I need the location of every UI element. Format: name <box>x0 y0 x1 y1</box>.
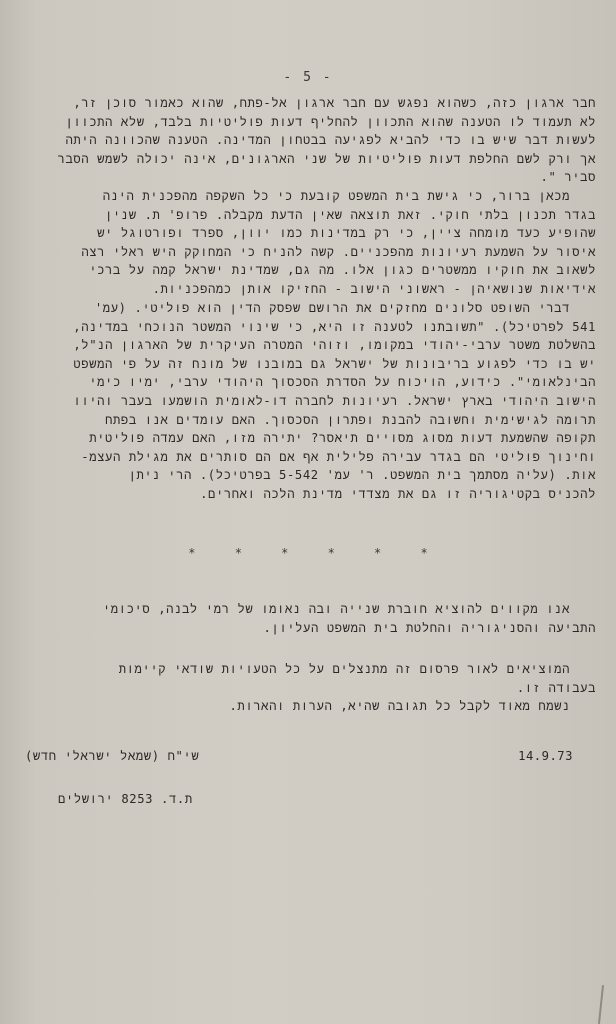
text-line: סביר ". <box>24 168 596 187</box>
text-line: לשאוב את חוקיו ממשטרים כגון אלו. מה גם, … <box>24 261 596 280</box>
text-line: תרומה לגישימית וחשובה להבנת ופתרון הסכסו… <box>24 411 596 430</box>
text-line: הבינלאומי". כידוע, הויכוח על הסדרת הסכסו… <box>24 373 596 392</box>
text-line: להכניס בקטיגוריה זו גם את מצדדי מדינת הל… <box>24 485 596 504</box>
text-line: יש בו כדי לפגוע בריבונות של ישראל גם במו… <box>24 355 596 374</box>
text-line: התביעה והסניגוריה והחלטת בית המשפט העליו… <box>24 619 596 638</box>
signature-address: ת.ד. 8253 ירושלים <box>58 792 193 807</box>
paragraph-next-booklet: אנו מקווים להוציא חוברת שנייה ובה נאומו … <box>24 600 596 637</box>
text-line: וחינוך פוליטי הם בגדר עבירה פלילית אף אם… <box>24 448 596 467</box>
paragraph-judge-quote: דברי השופט סלונים מחזקים את הרושם שפסק ה… <box>24 299 596 504</box>
text-line: דברי השופט סלונים מחזקים את הרושם שפסק ה… <box>24 299 596 318</box>
text-line: נשמח מאוד לקבל כל תגובה שהיא, הערות והאר… <box>24 697 596 716</box>
text-line: המוציאים לאור פרסום זה מתנצלים על כל הטע… <box>24 660 596 679</box>
text-line: 541 לפרטיכל). "תשובתנו לטענה זו היא, כי … <box>24 318 596 337</box>
text-line: תקופה שהשמעת דעות מסוג מסויים תיאסר? יתי… <box>24 429 596 448</box>
text-line: בגדר תכנון בלתי חוקי. זאת תוצאה שאין הדע… <box>24 206 596 225</box>
text-line: בהשלטת משטר ערבי-יהודי במקומו, וזוהי המט… <box>24 336 596 355</box>
text-line: אנו מקווים להוציא חוברת שנייה ובה נאומו … <box>24 600 596 619</box>
text-line: מכאן ברור, כי גישת בית המשפט קובעת כי כל… <box>24 187 596 206</box>
text-line: לא תעמוד לו הטענה שהוא התכוון להחליף דעו… <box>24 113 596 132</box>
paper-fold-mark <box>598 985 604 1024</box>
paragraph-continuation: חבר ארגון כזה, כשהוא נפגש עם חבר ארגון א… <box>24 94 596 187</box>
text-line: בעבודה זו. <box>24 679 596 698</box>
text-line: חבר ארגון כזה, כשהוא נפגש עם חבר ארגון א… <box>24 94 596 113</box>
text-line: איסור על השמעת רעיונות מהפכניים. קשה להנ… <box>24 243 596 262</box>
signature-organization: שי"ח (שמאל ישראלי חדש) <box>25 749 199 764</box>
section-separator: * * * * * * <box>0 546 616 560</box>
text-line: הישוב היהודי בארץ ישראל. רעיונות לחברה ד… <box>24 392 596 411</box>
text-line: אידיאות שנושאיהן - ראשוני הישוב - החזיקו… <box>24 280 596 299</box>
paragraph-court-approach: מכאן ברור, כי גישת בית המשפט קובעת כי כל… <box>24 187 596 299</box>
text-line: אך ורק לשם החלפת דעות פוליטיות של שני הא… <box>24 150 596 169</box>
text-line: לעשות דבר שיש בו כדי להביא לפגיעה בבטחון… <box>24 131 596 150</box>
paragraph-apology: המוציאים לאור פרסום זה מתנצלים על כל הטע… <box>24 660 596 716</box>
signature-date: 14.9.73 <box>518 749 573 763</box>
text-line: שהופיע כעד מומחה ציין, כי רק במדינות כמו… <box>24 224 596 243</box>
text-line: אות. (עליה מסתמך בית המשפט. ר' עמ' 5-542… <box>24 466 596 485</box>
page-number: - 5 - <box>0 70 616 85</box>
